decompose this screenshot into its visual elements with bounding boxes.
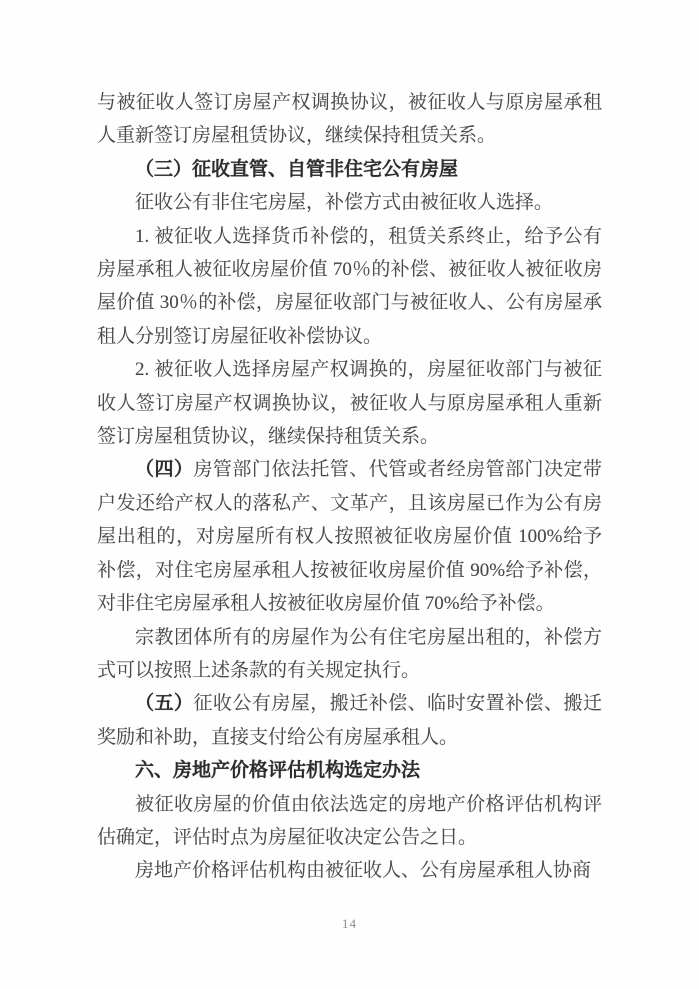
paragraph-text: 宗教团体所有的房屋作为公有住宅房屋出租的，补偿方式可以按照上述条款的有关规定执行… — [97, 627, 602, 681]
paragraph: 1. 被征收人选择货币补偿的，租赁关系终止，给予公有房屋承租人被征收房屋价值 7… — [97, 220, 602, 354]
paragraph: 征收公有非住宅房屋，补偿方式由被征收人选择。 — [97, 186, 602, 219]
paragraph-text: 房地产价格评估机构由被征收人、公有房屋承租人协商 — [135, 860, 591, 881]
item-number-prefix: （五） — [135, 693, 193, 714]
section-heading-6: 六、房地产价格评估机构选定办法 — [97, 754, 602, 787]
paragraph: 房地产价格评估机构由被征收人、公有房屋承租人协商 — [97, 854, 602, 887]
page-number: 14 — [0, 916, 699, 932]
section-heading-3: （三）征收直管、自管非住宅公有房屋 — [97, 153, 602, 186]
heading-text: 六、房地产价格评估机构选定办法 — [135, 760, 420, 781]
document-page: 与被征收人签订房屋产权调换协议，被征收人与原房屋承租人重新签订房屋租赁协议，继续… — [0, 0, 699, 989]
paragraph-text: 2. 被征收人选择房屋产权调换的，房屋征收部门与被征收人签订房屋产权调换协议，被… — [97, 359, 602, 447]
document-body: 与被征收人签订房屋产权调换协议，被征收人与原房屋承租人重新签订房屋租赁协议，继续… — [97, 86, 602, 888]
paragraph-text: 与被征收人签订房屋产权调换协议，被征收人与原房屋承租人重新签订房屋租赁协议，继续… — [97, 92, 602, 146]
paragraph-text: 被征收房屋的价值由依法选定的房地产价格评估机构评估确定，评估时点为房屋征收决定公… — [97, 794, 602, 848]
paragraph-item-4: （四）房管部门依法托管、代管或者经房管部门决定带户发还给产权人的落私产、文革产，… — [97, 453, 602, 620]
item-number-prefix: （四） — [135, 459, 193, 480]
paragraph: 宗教团体所有的房屋作为公有住宅房屋出租的，补偿方式可以按照上述条款的有关规定执行… — [97, 621, 602, 688]
paragraph: 2. 被征收人选择房屋产权调换的，房屋征收部门与被征收人签订房屋产权调换协议，被… — [97, 353, 602, 453]
paragraph-continuation: 与被征收人签订房屋产权调换协议，被征收人与原房屋承租人重新签订房屋租赁协议，继续… — [97, 86, 602, 153]
paragraph-item-5: （五）征收公有房屋，搬迁补偿、临时安置补偿、搬迁奖励和补助，直接支付给公有房屋承… — [97, 687, 602, 754]
paragraph: 被征收房屋的价值由依法选定的房地产价格评估机构评估确定，评估时点为房屋征收决定公… — [97, 788, 602, 855]
paragraph-text: 征收公有非住宅房屋，补偿方式由被征收人选择。 — [135, 192, 553, 213]
heading-text: （三）征收直管、自管非住宅公有房屋 — [135, 159, 458, 180]
paragraph-text: 1. 被征收人选择货币补偿的，租赁关系终止，给予公有房屋承租人被征收房屋价值 7… — [97, 226, 602, 347]
paragraph-text: 房管部门依法托管、代管或者经房管部门决定带户发还给产权人的落私产、文革产，且该房… — [97, 459, 602, 614]
